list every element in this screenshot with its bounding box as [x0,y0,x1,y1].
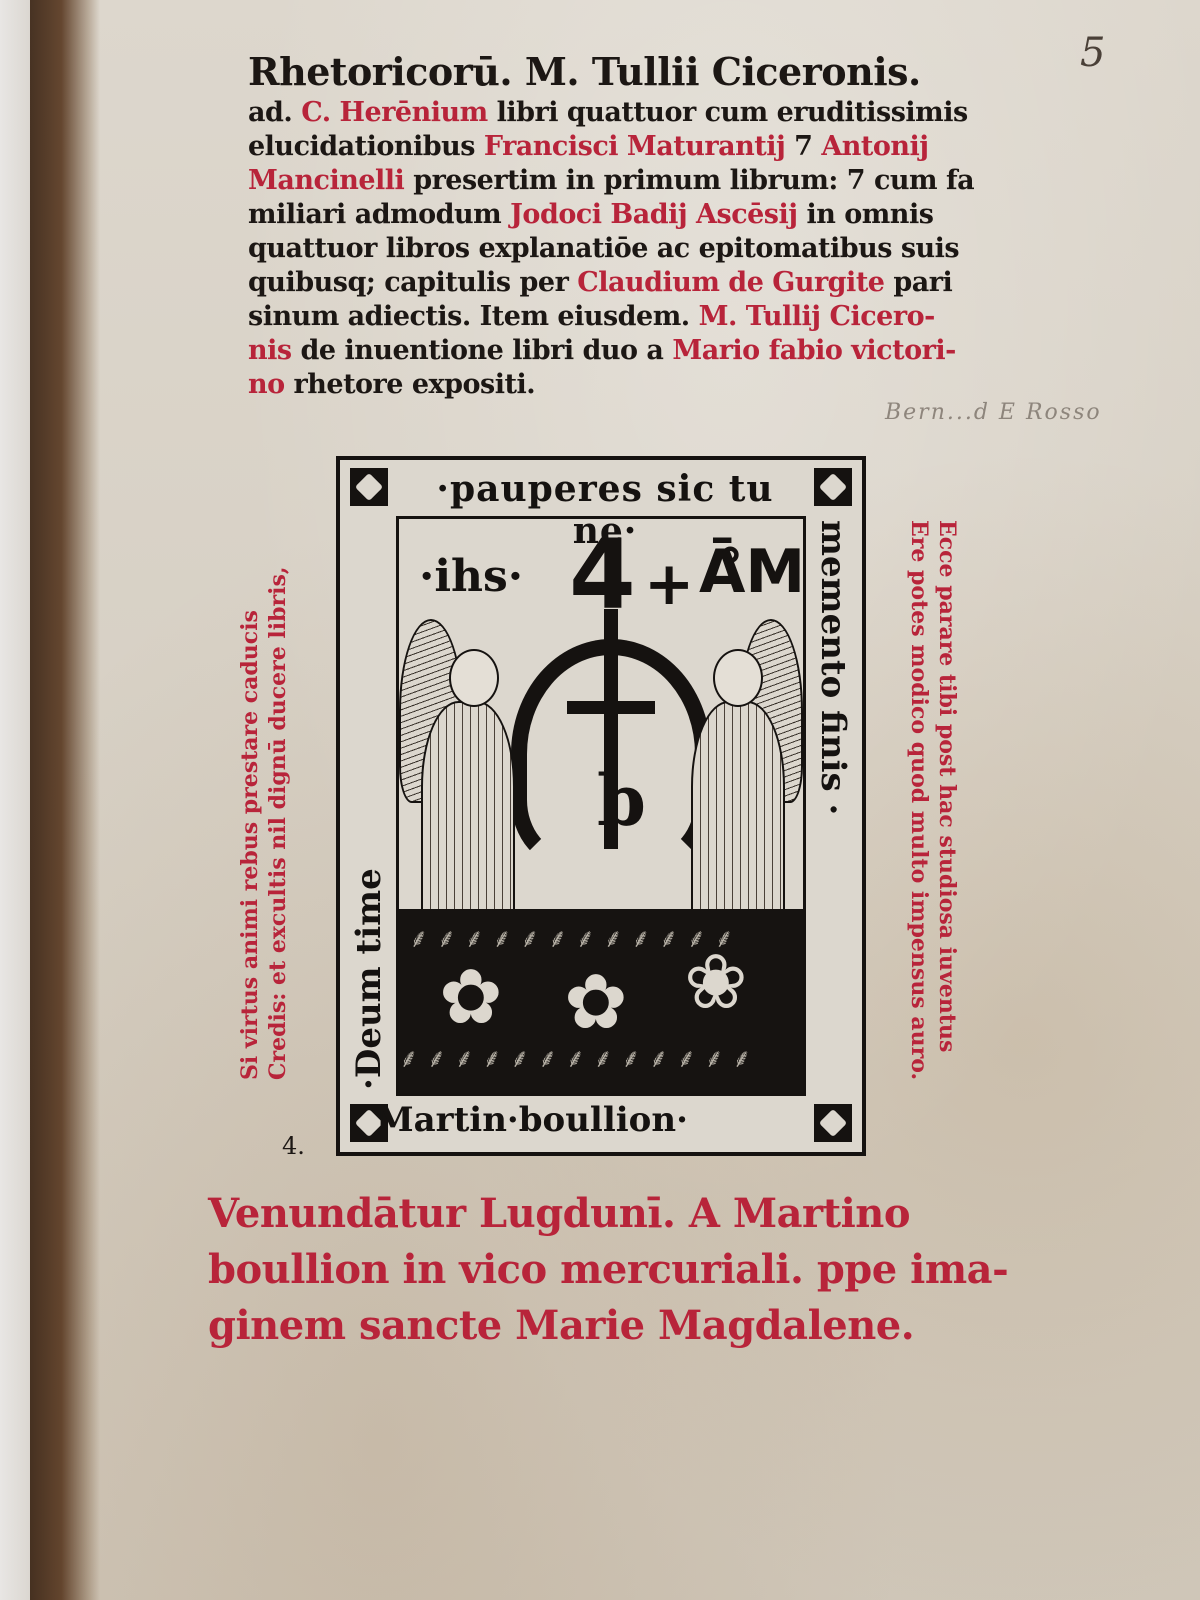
ihs-monogram: ·ihs· [419,551,523,602]
title-block: Rhetoricorū. M. Tullii Ciceronis.ad. C. … [248,48,978,402]
rubricated-name: Francisci Maturantij [484,131,785,162]
frame-motto-right: memento finis · [810,520,856,1090]
cross-bar-icon [567,701,655,714]
frame-motto-top: ·pauperes sic tu ne· [400,468,810,514]
corner-ornament-icon [350,468,388,506]
title-line: quibusq; capitulis per Claudium de Gurgi… [248,266,978,300]
title-text: rhetore expositi. [285,369,535,400]
colophon-line: boullion in vico mercuriali. ppe ima- [208,1242,998,1298]
cross-icon: + [644,549,694,619]
folio-number: 5 [1080,30,1105,76]
rubricated-name: M. Tullij Cicero- [699,301,935,332]
rubricated-name: Claudium de Gurgite [577,267,884,298]
binding-gutter-shadow [30,0,100,1600]
title-text: miliari admodum [248,199,510,230]
printer-name-banner: Martin·boullion· [376,1100,786,1146]
title-text: in omnis [798,199,934,230]
rubricated-name: Antonij [821,131,928,162]
verse-line: Ere potes modico quod multo impensus aur… [905,520,933,1180]
rubricated-name: Mario fabio victori- [672,335,955,366]
title-text: libri quattuor cum eruditissimis [488,97,968,128]
title-line: no rhetore expositi. [248,368,978,402]
marginal-annotation: Bern...d E Rosso [885,400,1102,425]
title-line: quattuor libros explanatiōe ac epitomati… [248,232,978,266]
title-line: nis de inuentione libri duo a Mario fabi… [248,334,978,368]
rubricated-name: Jodoci Badij Ascēsij [510,199,797,230]
rubricated-name: Mancinelli [248,165,404,196]
verse-line: Ecce parare tibi post hac studiosa iuven… [933,520,961,1180]
title-text: de inuentione libri duo a [292,335,673,366]
verse-line: Credis: et excultis nil dignū ducere lib… [264,520,292,1080]
title-text: elucidationibus [248,131,484,162]
title-line: Mancinelli presertim in primum librum: 7… [248,164,978,198]
title-line: ad. C. Herēnium libri quattuor cum erudi… [248,96,978,130]
ave-maria-monogram: Ā̊M [699,537,805,607]
rubricated-name: C. Herēnium [301,97,488,128]
corner-ornament-icon [814,468,852,506]
title-text: 7 [785,131,821,162]
title-text: sinum adiectis. Item eiusdem. [248,301,699,332]
signature-number: 4. [282,1132,305,1160]
colophon-line: ginem sancte Marie Magdalene. [208,1298,998,1354]
angel-figure-left-icon [399,619,519,909]
frame-motto-left: ·Deum time [346,520,392,1090]
verse-line: Si virtus animi rebus prestare caducis [236,520,264,1080]
merchant-mark-four-icon: 4 [569,527,636,623]
lily-flower-icon: ✿ [564,964,628,1040]
lily-flower-icon: ✿ [439,959,503,1035]
title-text: Rhetoricorū. M. Tullii Ciceronis. [248,49,921,94]
angel-figure-right-icon [683,619,803,909]
title-line: elucidationibus Francisci Maturantij 7 A… [248,130,978,164]
colophon-line: Venundātur Lugdunī. A Martino [208,1186,998,1242]
verse-left-vertical: Si virtus animi rebus prestare caducis C… [236,520,292,1080]
title-text: quattuor libros explanatiōe ac epitomati… [248,233,959,264]
title-text: quibusq; capitulis per [248,267,577,298]
printer-device-woodcut: ·pauperes sic tu ne· ·Deum time memento … [336,456,866,1156]
flower-garden-icon: ⸙ ⸙ ⸙ ⸙ ⸙ ⸙ ⸙ ⸙ ⸙ ⸙ ⸙ ⸙ ⸙ ⸙ ⸙ ⸙ ⸙ ⸙ ⸙ ⸙ … [399,909,803,1093]
title-text: ad. [248,97,301,128]
woodcut-inner-panel: ·ihs· 4 + Ā̊M b ⸙ ⸙ ⸙ ⸙ ⸙ ⸙ ⸙ ⸙ ⸙ ⸙ ⸙ ⸙ … [396,516,806,1096]
pansy-flower-icon: ❀ [684,944,748,1020]
verse-right-vertical: Ecce parare tibi post hac studiosa iuven… [905,520,961,1180]
rubricated-name: nis [248,335,292,366]
title-line: sinum adiectis. Item eiusdem. M. Tullij … [248,300,978,334]
printer-initial-b: b [597,759,646,842]
title-text: pari [884,267,952,298]
rubricated-name: no [248,369,285,400]
title-text: presertim in primum librum: 7 cum fa [404,165,974,196]
title-line: miliari admodum Jodoci Badij Ascēsij in … [248,198,978,232]
corner-ornament-icon [814,1104,852,1142]
colophon-imprint: Venundātur Lugdunī. A Martino boullion i… [208,1186,998,1354]
title-heading: Rhetoricorū. M. Tullii Ciceronis. [248,48,978,96]
